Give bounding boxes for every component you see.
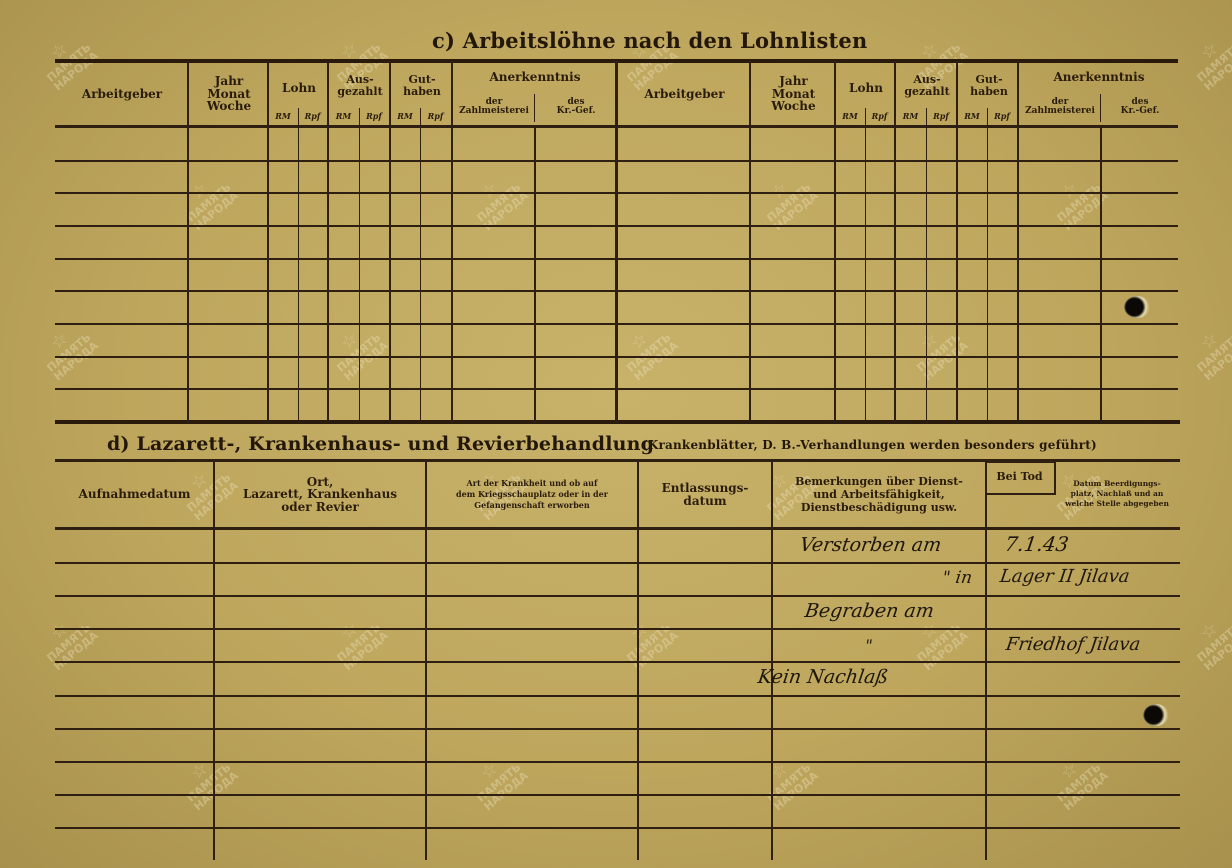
header-employer-right-label: Arbeitgeber	[644, 88, 724, 101]
column-rule	[1017, 61, 1019, 422]
watermark-text: НАРОДА	[772, 770, 820, 813]
column-rule-thin	[298, 108, 299, 422]
header-period: Jahr Monat Woche	[190, 63, 268, 125]
header-remarks: Bemerkungen über Dienst- und Arbeitsfähi…	[773, 462, 985, 527]
header-admission-date-label: Aufnahmedatum	[79, 488, 191, 501]
header-paid-right: Aus- gezahlt	[897, 64, 957, 108]
watermark-text: ПАМЯТЬ	[185, 181, 233, 224]
unit-rpf-label: Rpf	[987, 111, 1017, 121]
header-wage-right: Lohn	[837, 66, 895, 110]
header-ack-paymaster-right: der Zahlmeisterei	[1020, 92, 1100, 122]
handwritten-died-on: Verstorben am	[798, 534, 942, 556]
header-paid-right-line2: gezahlt	[904, 86, 949, 98]
ack-district-line2: Kr.-Gef.	[557, 107, 596, 116]
header-credit-line2: haben	[403, 86, 441, 98]
header-period-right-week: Woche	[771, 100, 815, 113]
watermark: ☆ПАМЯТЬНАРОДА	[753, 167, 820, 232]
header-admission-date: Aufnahmedatum	[56, 462, 213, 527]
header-illness-line2: dem Kriegsschauplatz oder in der	[456, 489, 608, 500]
watermark-text: НАРОДА	[342, 630, 390, 673]
watermark-text: НАРОДА	[922, 630, 970, 673]
watermark: ☆ПАМЯТЬНАРОДА	[1183, 317, 1232, 382]
ack-district-right-line2: Kr.-Gef.	[1121, 107, 1160, 116]
star-icon: ☆	[753, 747, 806, 795]
header-discharge-line1: Entlassungs-	[662, 482, 749, 495]
watermark: ☆ПАМЯТЬНАРОДА	[463, 167, 530, 232]
header-ack-right-label: Anerkenntnis	[1054, 71, 1145, 84]
header-wage: Lohn	[270, 66, 328, 110]
header-period-right-year: Jahr	[779, 75, 808, 88]
watermark-text: НАРОДА	[1062, 770, 1110, 813]
watermark: ☆ПАМЯТЬНАРОДА	[173, 747, 240, 812]
watermark-text: ПАМЯТЬ	[625, 331, 673, 374]
header-credit-right: Gut- haben	[959, 64, 1019, 108]
star-icon: ☆	[1183, 27, 1232, 75]
section-d-header-rule	[55, 527, 1180, 530]
header-credit: Gut- haben	[392, 64, 452, 108]
watermark-text: ПАМЯТЬ	[1055, 181, 1103, 224]
watermark-text: ПАМЯТЬ	[1055, 761, 1103, 804]
header-wage-label: Lohn	[282, 82, 316, 95]
column-rule-thin	[987, 108, 988, 422]
star-icon: ☆	[33, 607, 86, 655]
watermark-text: НАРОДА	[52, 340, 100, 383]
table-row-rule	[55, 761, 1180, 763]
unit-rpf-label: Rpf	[420, 111, 451, 121]
column-rule	[451, 61, 453, 422]
ack-split-rule	[534, 94, 535, 122]
header-period-right: Jahr Monat Woche	[752, 63, 835, 125]
handwritten-camp: Lager II Jilava	[999, 566, 1131, 587]
column-rule-thin	[926, 108, 927, 422]
watermark-text: НАРОДА	[922, 340, 970, 383]
header-employer-label: Arbeitgeber	[82, 88, 162, 101]
ack-paymaster-line2: Zahlmeisterei	[459, 107, 529, 116]
header-acknowledgement-right: Anerkenntnis	[1020, 66, 1178, 88]
header-ack-paymaster: der Zahlmeisterei	[454, 92, 534, 122]
ack-split-rule	[1100, 94, 1101, 122]
watermark: ☆ПАМЯТЬНАРОДА	[1183, 27, 1232, 92]
watermark-text: НАРОДА	[342, 340, 390, 383]
column-rule	[534, 128, 536, 422]
header-remarks-line1: Bemerkungen über Dienst-	[795, 475, 963, 488]
watermark-text: ПАМЯТЬ	[185, 761, 233, 804]
table-row-rule	[55, 595, 1180, 597]
watermark-text: НАРОДА	[192, 770, 240, 813]
header-credit-right-line2: haben	[970, 86, 1008, 98]
table-row-rule	[55, 794, 1180, 796]
header-burial-line1: Datum Beerdigungs-	[1073, 479, 1160, 489]
punch-hole-bottom	[1143, 704, 1169, 726]
star-icon: ☆	[1183, 317, 1232, 365]
watermark-text: НАРОДА	[632, 630, 680, 673]
handwritten-no-estate: Kein Nachlaß	[756, 666, 889, 688]
watermark-text: ПАМЯТЬ	[1195, 331, 1232, 374]
header-place: Ort, Lazarett, Krankenhaus oder Revier	[215, 462, 425, 527]
header-illness: Art der Krankheit und ob auf dem Kriegss…	[427, 462, 637, 527]
header-discharge: Entlassungs- datum	[639, 462, 771, 527]
table-row-rule	[55, 695, 1180, 697]
watermark-text: ПАМЯТЬ	[475, 761, 523, 804]
watermark: ☆ПАМЯТЬНАРОДА	[753, 747, 820, 812]
table-row-rule	[55, 562, 1180, 564]
header-death-label: Bei Tod	[996, 471, 1042, 483]
section-d-title: d) Lazarett-, Krankenhaus- und Revierbeh…	[107, 433, 654, 455]
unit-rm-label: RM	[328, 111, 359, 121]
header-paid: Aus- gezahlt	[330, 64, 390, 108]
ack-paymaster-right-line2: Zahlmeisterei	[1025, 107, 1095, 116]
header-employer: Arbeitgeber	[56, 63, 188, 125]
header-ack-district-right: des Kr.-Gef.	[1102, 92, 1178, 122]
header-discharge-line2: datum	[683, 495, 726, 508]
punch-hole-top	[1124, 296, 1150, 318]
handwritten-ditto: "	[864, 636, 874, 655]
header-remarks-line3: Dienstbeschädigung usw.	[801, 501, 957, 514]
handwritten-death-date: 7.1.43	[1003, 532, 1070, 556]
section-d-subtitle: (Krankenblätter, D. B.-Verhandlungen wer…	[642, 438, 1097, 452]
header-period-week: Woche	[207, 100, 251, 113]
unit-rm-label: RM	[835, 111, 865, 121]
star-icon: ☆	[613, 607, 666, 655]
watermark-text: ПАМЯТЬ	[1195, 41, 1232, 84]
watermark-text: ПАМЯТЬ	[1195, 621, 1232, 664]
header-burial: Datum Beerdigungs- platz, Nachlaß und an…	[1052, 466, 1182, 522]
star-icon: ☆	[1183, 607, 1232, 655]
column-rule	[1100, 128, 1102, 422]
unit-rm-label: RM	[957, 111, 987, 121]
header-remarks-line2: und Arbeitsfähigkeit,	[813, 488, 944, 501]
watermark-text: НАРОДА	[1202, 340, 1232, 383]
unit-rm-label: RM	[268, 111, 298, 121]
header-paid-line2: gezahlt	[337, 86, 382, 98]
star-icon: ☆	[463, 747, 516, 795]
watermark-text: НАРОДА	[632, 340, 680, 383]
table-row-rule	[55, 728, 1180, 730]
star-icon: ☆	[173, 747, 226, 795]
header-acknowledgement: Anerkenntnis	[454, 66, 616, 88]
watermark: ☆ПАМЯТЬНАРОДА	[323, 317, 390, 382]
watermark: ☆ПАМЯТЬНАРОДА	[33, 317, 100, 382]
watermark-text: ПАМЯТЬ	[765, 181, 813, 224]
watermark: ☆ПАМЯТЬНАРОДА	[1043, 747, 1110, 812]
watermark-text: ПАМЯТЬ	[475, 181, 523, 224]
table-row-rule	[55, 628, 1180, 630]
header-illness-line1: Art der Krankheit und ob auf	[467, 478, 598, 489]
header-ack-district: des Kr.-Gef.	[536, 92, 616, 122]
header-wage-right-label: Lohn	[849, 82, 883, 95]
handwritten-cemetery: Friedhof Jilava	[1005, 634, 1142, 655]
column-rule	[985, 461, 987, 860]
watermark-text: НАРОДА	[52, 630, 100, 673]
header-death: Bei Tod	[987, 463, 1052, 491]
header-employer-right: Arbeitgeber	[619, 63, 750, 125]
section-c-title: c) Arbeitslöhne nach den Lohnlisten	[432, 28, 867, 53]
unit-rm-label: RM	[390, 111, 420, 121]
header-burial-line3: welche Stelle abgegeben	[1065, 499, 1169, 509]
watermark-text: ПАМЯТЬ	[45, 331, 93, 374]
header-burial-line2: platz, Nachlaß und an	[1071, 489, 1164, 499]
watermark-text: НАРОДА	[482, 770, 530, 813]
watermark: ☆ПАМЯТЬНАРОДА	[1183, 607, 1232, 672]
unit-rpf-label: Rpf	[298, 111, 327, 121]
star-icon: ☆	[1043, 747, 1096, 795]
unit-rm-label: RM	[895, 111, 926, 121]
handwritten-in: " in	[821, 568, 974, 588]
column-rule-thin	[865, 108, 866, 422]
header-place-line2: Lazarett, Krankenhaus	[243, 488, 397, 501]
handwritten-buried-on: Begraben am	[803, 600, 935, 622]
watermark: ☆ПАМЯТЬНАРОДА	[903, 317, 970, 382]
header-illness-line3: Gefangenschaft erworben	[474, 500, 589, 511]
column-rule-thin	[359, 108, 360, 422]
unit-rpf-label: Rpf	[926, 111, 956, 121]
watermark: ☆ПАМЯТЬНАРОДА	[463, 747, 530, 812]
header-ack-label: Anerkenntnis	[490, 71, 581, 84]
watermark-text: НАРОДА	[1202, 50, 1232, 93]
unit-rpf-label: Rpf	[359, 111, 389, 121]
watermark: ☆ПАМЯТЬНАРОДА	[173, 167, 240, 232]
watermark: ☆ПАМЯТЬНАРОДА	[613, 317, 680, 382]
header-place-line3: oder Revier	[281, 501, 359, 514]
header-period-year: Jahr	[215, 75, 244, 88]
unit-rpf-label: Rpf	[865, 111, 894, 121]
column-rule-thin	[420, 108, 421, 422]
table-row-rule	[55, 827, 1180, 829]
watermark-text: НАРОДА	[1202, 630, 1232, 673]
star-icon: ☆	[323, 607, 376, 655]
table-row-rule	[55, 661, 1180, 663]
